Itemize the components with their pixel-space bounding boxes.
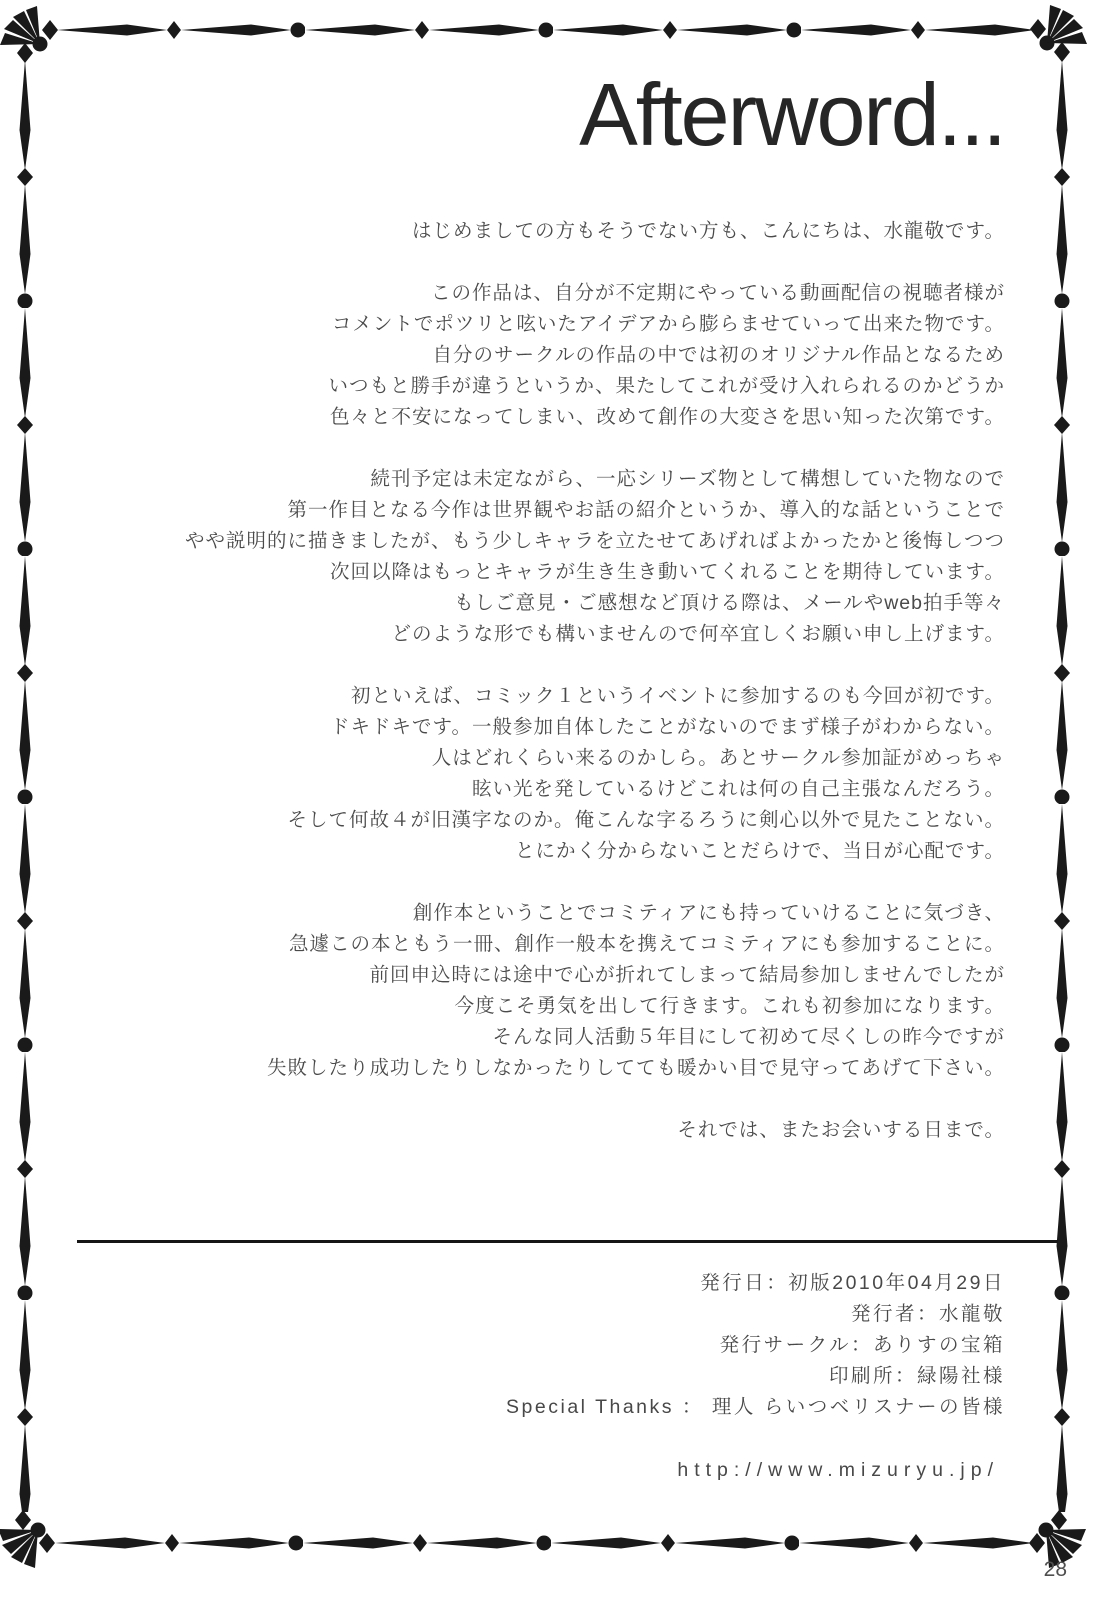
text-line: 続刊予定は未定ながら、一応シリーズ物として構想していた物なので	[120, 464, 1005, 495]
text-line: どのような形でも構いませんので何卒宜しくお願い申し上げます。	[120, 619, 1005, 650]
text-line: そして何故４が旧漢字なのか。俺こんな字るろうに剣心以外で見たことない。	[120, 805, 1005, 836]
paragraph-comitia: 創作本ということでコミティアにも持っていけることに気づき、 急遽この本ともう一冊…	[120, 898, 1005, 1084]
colophon-publish-date: 発行日：初版2010年04月29日	[120, 1268, 1005, 1299]
paragraph-comic1: 初といえば、コミック１というイベントに参加するのも今回が初です。 ドキドキです。…	[120, 681, 1005, 867]
page-title: Afterword...	[579, 70, 1005, 160]
text-line: 創作本ということでコミティアにも持っていけることに気づき、	[120, 898, 1005, 929]
colophon-printer: 印刷所：緑陽社様	[120, 1361, 1005, 1392]
website-url: http://www.mizuryu.jp/	[677, 1455, 999, 1486]
separator-line	[77, 1240, 1058, 1243]
text-line: 人はどれくらい来るのかしら。あとサークル参加証がめっちゃ	[120, 743, 1005, 774]
text-line: 色々と不安になってしまい、改めて創作の大変さを思い知った次第です。	[120, 402, 1005, 433]
text-line: 急遽この本ともう一冊、創作一般本を携えてコミティアにも参加することに。	[120, 929, 1005, 960]
text-line: 初といえば、コミック１というイベントに参加するのも今回が初です。	[120, 681, 1005, 712]
afterword-body: はじめましての方もそうでない方も、こんにちは、水龍敬です。 この作品は、自分が不…	[120, 216, 1005, 1146]
paragraph-series-plans: 続刊予定は未定ながら、一応シリーズ物として構想していた物なので 第一作目となる今…	[120, 464, 1005, 650]
text-line: ドキドキです。一般参加自体したことがないのでまず様子がわからない。	[120, 712, 1005, 743]
text-line: この作品は、自分が不定期にやっている動画配信の視聴者様が	[120, 278, 1005, 309]
colophon-circle: 発行サークル：ありすの宝箱	[120, 1330, 1005, 1361]
paragraph-closing: それでは、またお会いする日まで。	[120, 1115, 1005, 1146]
text-line: 前回申込時には途中で心が折れてしまって結局参加しませんでしたが	[120, 960, 1005, 991]
text-line: いつもと勝手が違うというか、果たしてこれが受け入れられるのかどうか	[120, 371, 1005, 402]
text-line: はじめましての方もそうでない方も、こんにちは、水龍敬です。	[120, 216, 1005, 247]
text-line: 次回以降はもっとキャラが生き生き動いてくれることを期待しています。	[120, 557, 1005, 588]
colophon-special-thanks: Special Thanks ： 理人 らいつベリスナーの皆様	[120, 1392, 1005, 1423]
paragraph-greeting: はじめましての方もそうでない方も、こんにちは、水龍敬です。	[120, 216, 1005, 247]
afterword-page: Afterword... はじめましての方もそうでない方も、こんにちは、水龍敬で…	[0, 0, 1117, 1600]
colophon: 発行日：初版2010年04月29日 発行者：水龍敬 発行サークル：ありすの宝箱 …	[120, 1268, 1005, 1423]
paragraph-origin: この作品は、自分が不定期にやっている動画配信の視聴者様が コメントでポツリと呟い…	[120, 278, 1005, 433]
text-line: とにかく分からないことだらけで、当日が心配です。	[120, 836, 1005, 867]
colophon-publisher: 発行者：水龍敬	[120, 1299, 1005, 1330]
text-line: やや説明的に描きましたが、もう少しキャラを立たせてあげればよかったかと後悔しつつ	[120, 526, 1005, 557]
text-line: 眩い光を発しているけどこれは何の自己主張なんだろう。	[120, 774, 1005, 805]
text-line: コメントでポツリと呟いたアイデアから膨らませていって出来た物です。	[120, 309, 1005, 340]
text-line: もしご意見・ご感想など頂ける際は、メールやweb拍手等々	[120, 588, 1005, 619]
text-line: 失敗したり成功したりしなかったりしてても暖かい目で見守ってあげて下さい。	[120, 1053, 1005, 1084]
text-line: そんな同人活動５年目にして初めて尽くしの昨今ですが	[120, 1022, 1005, 1053]
page-number: 28	[1044, 1558, 1067, 1582]
text-line: それでは、またお会いする日まで。	[120, 1115, 1005, 1146]
text-line: 第一作目となる今作は世界観やお話の紹介というか、導入的な話ということで	[120, 495, 1005, 526]
text-line: 自分のサークルの作品の中では初のオリジナル作品となるため	[120, 340, 1005, 371]
text-line: 今度こそ勇気を出して行きます。これも初参加になります。	[120, 991, 1005, 1022]
